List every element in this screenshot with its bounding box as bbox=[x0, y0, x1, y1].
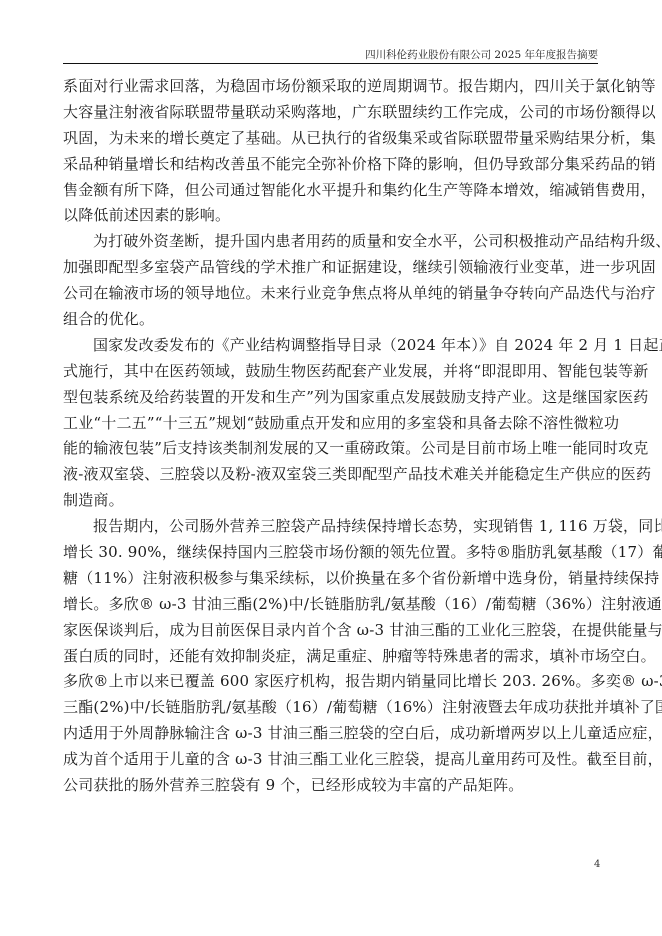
document-body: 系面对行业需求回落，为稳固市场份额采取的逆周期调节。报告期内，四川关于氯化钠等 … bbox=[63, 74, 583, 799]
paragraph: 报告期内，公司肠外营养三腔袋产品持续保持增长态势，实现销售 1, 116 万袋，… bbox=[63, 514, 583, 799]
header-title: 四川科伦药业股份有限公司 2025 年年度报告摘要 bbox=[365, 47, 598, 62]
text-line: 蛋白质的同时，还能有效抑制炎症，满足重症、肿瘤等特殊患者的需求，填补市场空白。 bbox=[63, 644, 583, 670]
text-line: 以降低前述因素的影响。 bbox=[63, 203, 583, 229]
text-line: 公司获批的肠外营养三腔袋有 9 个，已经形成较为丰富的产品矩阵。 bbox=[63, 773, 583, 799]
text-line: 内适用于外周静脉输注含 ω-3 甘油三酯三腔袋的空白后，成功新增两岁以上儿童适应… bbox=[63, 721, 583, 747]
text-line: 公司在输液市场的领导地位。未来行业竞争焦点将从单纯的销量争夺转向产品迭代与治疗 bbox=[63, 281, 583, 307]
text-line: 组合的优化。 bbox=[63, 307, 583, 333]
text-line: 式施行，其中在医药领域，鼓励生物医药配套产业发展，并将“即混即用、智能包装等新 bbox=[63, 359, 583, 385]
text-line: 系面对行业需求回落，为稳固市场份额采取的逆周期调节。报告期内，四川关于氯化钠等 bbox=[63, 74, 583, 100]
text-line: 巩固，为未来的增长奠定了基础。从已执行的省级集采或省际联盟带量采购结果分析，集 bbox=[63, 126, 583, 152]
text-line: 多欣®上市以来已覆盖 600 家医疗机构，报告期内销量同比增长 203. 26%… bbox=[63, 669, 583, 695]
page-header: 四川科伦药业股份有限公司 2025 年年度报告摘要 bbox=[63, 45, 598, 64]
text-line: 为打破外资垄断，提升国内患者用药的质量和安全水平，公司积极推动产品结构升级、 bbox=[63, 229, 583, 255]
text-line: 液-液双室袋、三腔袋以及粉-液双室袋三类即配型产品技术难关并能稳定生产供应的医药 bbox=[63, 462, 583, 488]
text-line: 能的输液包装”后支持该类制剂发展的又一重磅政策。公司是目前市场上唯一能同时攻克 bbox=[63, 436, 583, 462]
text-line: 糖（11%）注射液积极参与集采续标，以价换量在多个省份新增中选身份，销量持续保持 bbox=[63, 566, 583, 592]
text-line: 加强即配型多室袋产品管线的学术推广和证据建设，继续引领输液行业变革，进一步巩固 bbox=[63, 255, 583, 281]
paragraph: 为打破外资垄断，提升国内患者用药的质量和安全水平，公司积极推动产品结构升级、 加… bbox=[63, 229, 583, 333]
text-line: 工业“十二五”“十三五”规划“鼓励重点开发和应用的多室袋和具备去除不溶性微粒功 bbox=[63, 411, 583, 437]
paragraph: 国家发改委发布的《产业结构调整指导目录（2024 年本）》自 2024 年 2 … bbox=[63, 333, 583, 514]
paragraph: 系面对行业需求回落，为稳固市场份额采取的逆周期调节。报告期内，四川关于氯化钠等 … bbox=[63, 74, 583, 229]
text-line: 增长。多欣® ω-3 甘油三酯(2%)中/长链脂肪乳/氨基酸（16）/葡萄糖（3… bbox=[63, 592, 583, 618]
text-line: 增长 30. 90%，继续保持国内三腔袋市场份额的领先位置。多特®脂肪乳氨基酸（… bbox=[63, 540, 583, 566]
text-line: 制造商。 bbox=[63, 488, 583, 514]
text-line: 成为首个适用于儿童的含 ω-3 甘油三酯工业化三腔袋，提高儿童用药可及性。截至目… bbox=[63, 747, 583, 773]
text-line: 报告期内，公司肠外营养三腔袋产品持续保持增长态势，实现销售 1, 116 万袋，… bbox=[63, 514, 583, 540]
text-line: 三酯(2%)中/长链脂肪乳/氨基酸（16）/葡萄糖（16%）注射液暨去年成功获批… bbox=[63, 695, 583, 721]
text-line: 大容量注射液省际联盟带量联动采购落地，广东联盟续约工作完成，公司的市场份额得以 bbox=[63, 100, 583, 126]
text-line: 型包装系统及给药装置的开发和生产”列为国家重点发展鼓励支持产业。这是继国家医药 bbox=[63, 385, 583, 411]
page-number: 4 bbox=[594, 859, 600, 870]
text-line: 国家发改委发布的《产业结构调整指导目录（2024 年本）》自 2024 年 2 … bbox=[63, 333, 583, 359]
text-line: 售金额有所下降，但公司通过智能化水平提升和集约化生产等降本增效，缩减销售费用， bbox=[63, 178, 583, 204]
text-line: 采品种销量增长和结构改善虽不能完全弥补价格下降的影响，但仍导致部分集采药品的销 bbox=[63, 152, 583, 178]
text-line: 家医保谈判后，成为目前医保目录内首个含 ω-3 甘油三酯的工业化三腔袋，在提供能… bbox=[63, 618, 583, 644]
